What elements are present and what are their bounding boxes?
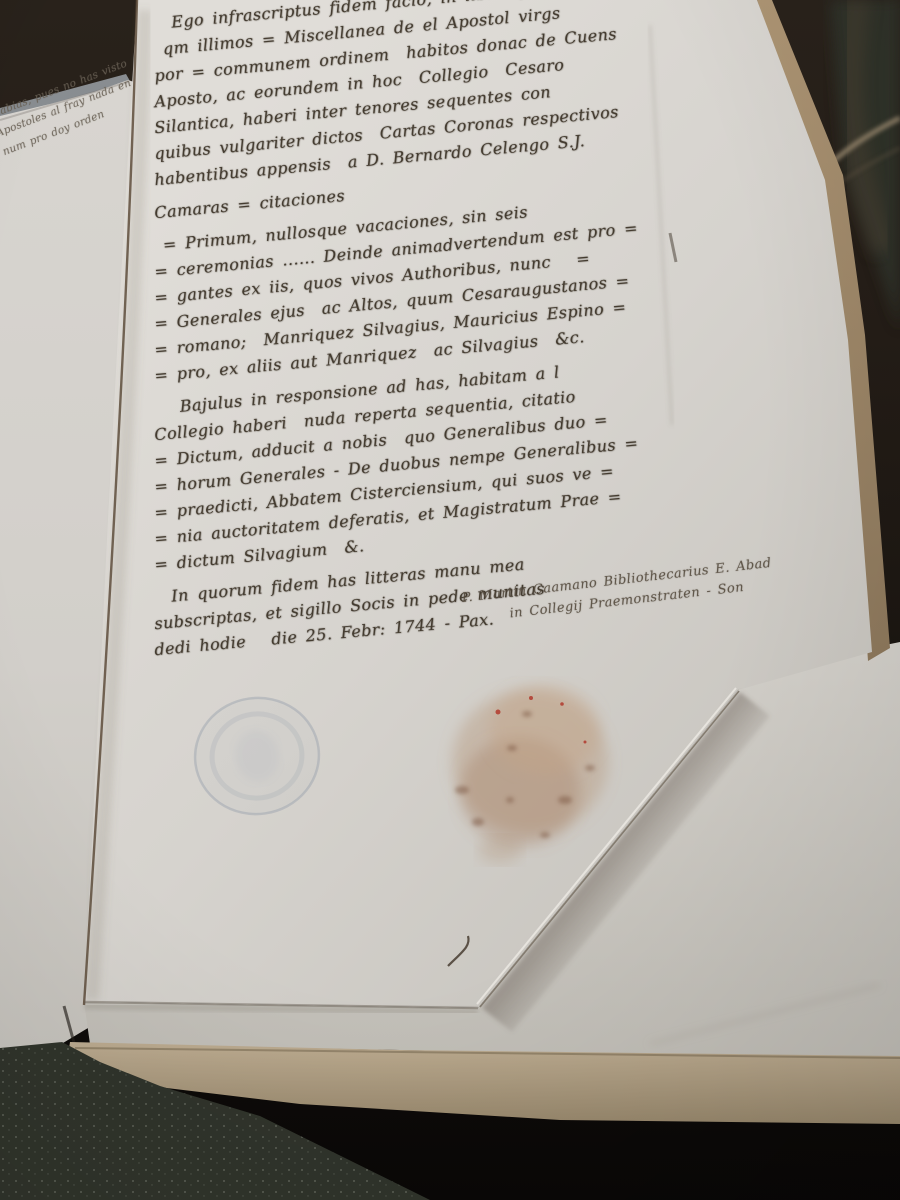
signature-block: P. Martin Caamano Bibliothecarius E. Aba… [462,588,822,630]
marginal-note: habias, pues no has vistoApostoles al fr… [0,104,184,167]
manuscript-photo: Ego infrascriptus fidem facio, in libro … [0,0,900,1200]
